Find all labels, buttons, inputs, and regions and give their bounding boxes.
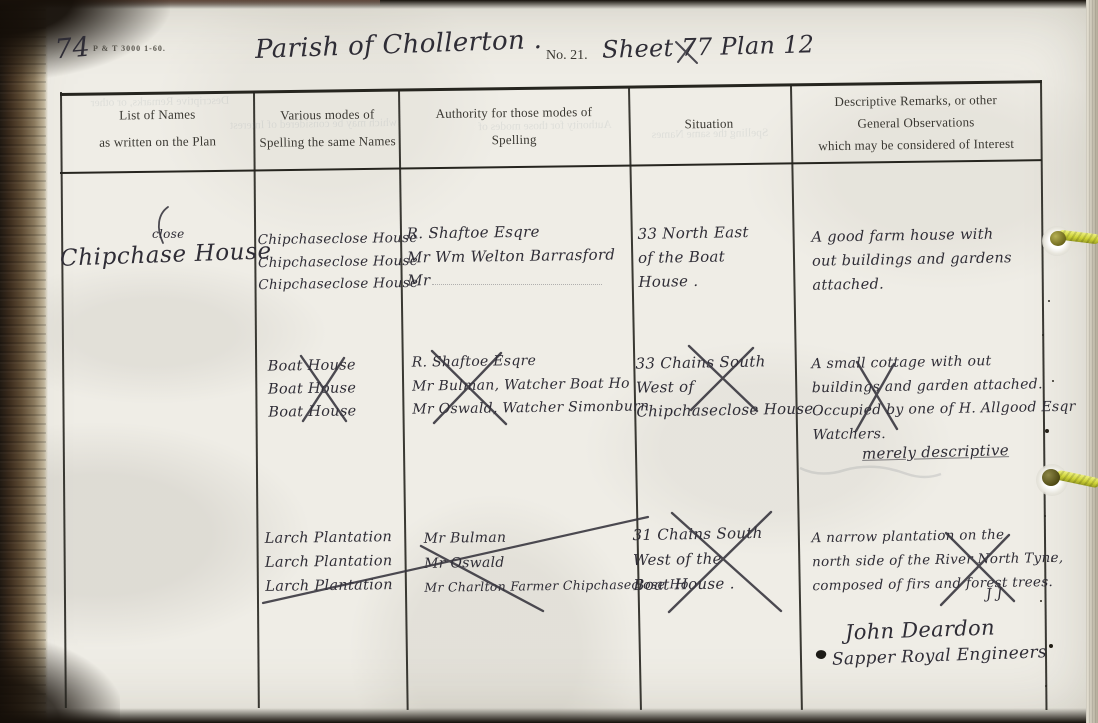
scanned-ledger-page: 74 P & T 3000 1-60. Parish of Chollerton… [0, 0, 1098, 723]
ink-strike-marks [0, 0, 1098, 723]
binding-knot-top [1050, 231, 1066, 246]
binding-knot-bottom [1042, 469, 1060, 486]
